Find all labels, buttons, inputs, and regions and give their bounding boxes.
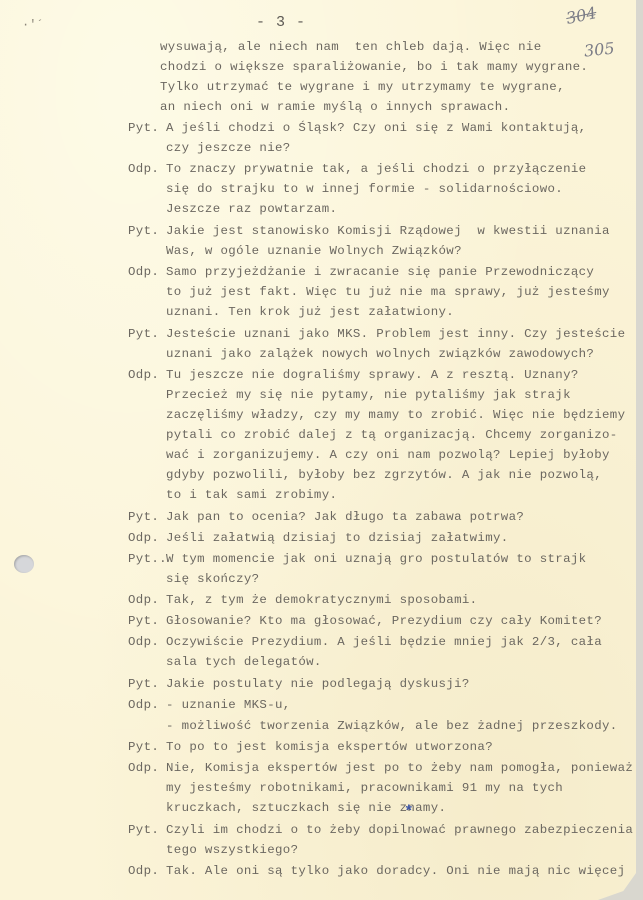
text-line: my jesteśmy robotnikami, pracownikami 91… [166, 781, 563, 795]
text-line: - możliwość tworzenia Związków, ale bez … [166, 719, 618, 733]
document-page: ·′´ - 3 - 304 305 wysuwają, ale niech na… [0, 0, 636, 900]
text-line: sala tych delegatów. [166, 655, 322, 669]
text-line: Jeśli załatwią dzisiaj to dzisiaj załatw… [166, 531, 509, 545]
speaker-label: Pyt. [128, 614, 159, 628]
text-line: W tym momencie jak oni uznają gro postul… [166, 552, 586, 566]
text-line: uznani jako zalążek nowych wolnych związ… [166, 347, 594, 361]
text-line: się do strajku to w innej formie - solid… [166, 182, 563, 196]
text-line: pytali co zrobić dalej z tą organizacją.… [166, 428, 618, 442]
text-line: To znaczy prywatnie tak, a jeśli chodzi … [166, 162, 586, 176]
text-line: Czyli im chodzi o to żeby dopilnować pra… [166, 823, 633, 837]
speaker-label: Odp. [128, 265, 159, 279]
text-line: Samo przyjeżdżanie i zwracanie się panie… [166, 265, 594, 279]
speaker-label: Pyt. [128, 740, 159, 754]
text-line: Jeszcze raz powtarzam. [166, 202, 337, 216]
text-line: to i tak sami zrobimy. [166, 488, 337, 502]
text-line: Tylko utrzymać te wygrane i my utrzymamy… [160, 80, 565, 94]
text-line: tego wszystkiego? [166, 843, 298, 857]
text-line: się skończy? [166, 572, 259, 586]
text-line: gdyby pozwolili, byłoby bez zgrzytów. A … [166, 468, 602, 482]
speaker-label: Pyt. [128, 510, 159, 524]
speaker-label: Pyt. [128, 327, 159, 341]
text-line: wać i zorganizujemy. A czy oni nam pozwo… [166, 448, 610, 462]
text-line: Jakie jest stanowisko Komisji Rządowej w… [166, 224, 610, 238]
text-line: Oczywiście Prezydium. A jeśli będzie mni… [166, 635, 602, 649]
text-line: Jak pan to ocenia? Jak długo ta zabawa p… [166, 510, 524, 524]
speaker-label: Odp. [128, 593, 159, 607]
text-line: Jesteście uznani jako MKS. Problem jest … [166, 327, 625, 341]
speaker-label: Pyt. [128, 677, 159, 691]
speaker-label: Pyt. [128, 823, 159, 837]
text-line: wysuwają, ale niech nam ten chleb dają. … [160, 40, 542, 54]
speaker-label: Pyt.. [128, 552, 167, 566]
archive-number: 305 [583, 38, 615, 60]
text-line: A jeśli chodzi o Śląsk? Czy oni się z Wa… [166, 121, 586, 135]
speaker-label: Odp. [128, 698, 159, 712]
speaker-label: Odp. [128, 531, 159, 545]
speaker-label: Odp. [128, 864, 159, 878]
text-line: Tak. Ale oni są tylko jako doradcy. Oni … [166, 864, 625, 878]
text-line: Was, w ogóle uznanie Wolnych Związków? [166, 244, 462, 258]
text-line: Przecież my się nie pytamy, nie pytaliśm… [166, 388, 571, 402]
text-line: Głosowanie? Kto ma głosować, Prezydium c… [166, 614, 602, 628]
text-line: Jakie postulaty nie podlegają dyskusji? [166, 677, 470, 691]
text-line: Tu jeszcze nie dograliśmy sprawy. A z re… [166, 368, 579, 382]
text-line: To po to jest komisja ekspertów utworzon… [166, 740, 493, 754]
speaker-label: Odp. [128, 761, 159, 775]
punch-hole [14, 555, 34, 573]
text-line: an niech oni w ramie myślą o innych spra… [160, 100, 510, 114]
text-line: chodzi o większe sparaliżowanie, bo i ta… [160, 60, 588, 74]
text-line: czy jeszcze nie? [166, 141, 291, 155]
speaker-label: Pyt. [128, 224, 159, 238]
speaker-label: Odp. [128, 162, 159, 176]
footnote-asterisk: * [404, 803, 414, 821]
text-line: zaczęliśmy władzy, czy my mamy to zrobić… [166, 408, 625, 422]
text-line: Nie, Komisja ekspertów jest po to żeby n… [166, 761, 633, 775]
speaker-label: Odp. [128, 368, 159, 382]
text-line: - uznanie MKS-u, [166, 698, 291, 712]
speaker-label: Pyt. [128, 121, 159, 135]
page-number: - 3 - [256, 14, 306, 31]
text-line: Tak, z tym że demokratycznymi sposobami. [166, 593, 477, 607]
speaker-label: Odp. [128, 635, 159, 649]
archive-number-crossed: 304 [564, 3, 598, 28]
text-line: to już jest fakt. Więc tu już nie ma spr… [166, 285, 610, 299]
corner-pencil-mark: ·′´ [22, 18, 44, 32]
text-line: uznani. Ten krok już jest załatwiony. [166, 305, 454, 319]
